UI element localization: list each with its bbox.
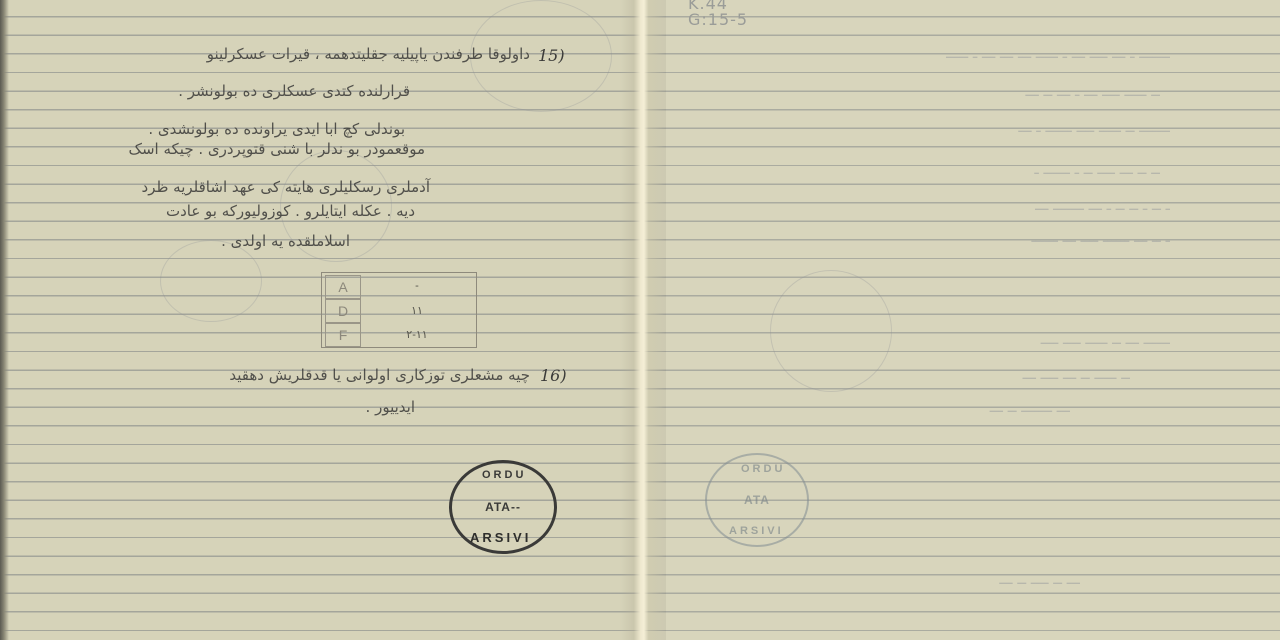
bleed-through-text: ــ ـــــ ــ ـــ ــــ ـــ <box>700 365 1130 383</box>
handwriting-line: بوندلی کچ ابا ایدی یراونده ده بولونشدی . <box>148 120 405 138</box>
archive-stamp: ORDU ATA-- ARSIVI <box>449 460 557 554</box>
left-page: 15) داولوقا طرفندن یاپیلیه جقلیتدهمه ، ق… <box>0 0 640 640</box>
ghost-stamp <box>160 240 262 322</box>
handwriting-line: ایدییور . <box>366 398 415 416</box>
box-label: F <box>325 323 361 347</box>
bleed-through-text: ـــــــ ـ ـــ ــــ ـــ ـ ـــــ ـــ ـــ ـ… <box>700 44 1170 62</box>
box-label: A <box>325 275 361 299</box>
handwriting-line: دیه . عکله ایتایلرو . کوزولیورکه بو عادت <box>166 202 415 220</box>
bleed-through-text: ــ ــ ـــ ــــ ــ ـ ــــــ ـ <box>720 160 1160 178</box>
stamp-center-text: ATA-- <box>485 500 521 514</box>
notebook-spread: 15) داولوقا طرفندن یاپیلیه جقلیتدهمه ، ق… <box>0 0 1280 640</box>
right-page: K.44 G:15-5 ـــــــ ـ ـــ ــــ ـــ ـ ـــ… <box>640 0 1280 640</box>
stamp-bottom-text: ARSIVI <box>729 525 784 537</box>
handwriting-line: چیه مشعلری توزکاری اولوانی یا قدقلریش ده… <box>229 366 530 384</box>
catalog-stamp-box: A - D ١١ F ١١-٢ <box>321 272 477 348</box>
bleed-through-text: ـــ ــ ــــ ــ ـــ <box>820 570 1080 588</box>
bleed-through-text: ـ ــ ـ ــ ــ ـ ـــ ـــــــ ـــ <box>710 196 1170 214</box>
handwriting-line: اسلاملقده یه اولدی . <box>221 232 350 250</box>
handwriting-line: آدملری رسکلیلری هایته کی عهد اشاقلریه ظر… <box>142 178 430 196</box>
ghost-stamp <box>770 270 892 392</box>
stamp-top-text: ORDU <box>741 463 785 475</box>
binding-gutter <box>620 0 666 640</box>
box-value: ١١-٢ <box>362 323 472 345</box>
box-value: - <box>362 275 472 297</box>
archive-stamp-faint: ORDU ATA ARSIVI <box>705 453 809 547</box>
bleed-through-text: ــ ـــــ ــــ ـــ ـ ـــ ــ ـــ <box>740 82 1160 100</box>
item-number-15: 15) <box>538 46 565 65</box>
reference-code: G:15-5 <box>688 10 748 29</box>
handwriting-line: موقعمودر بو ندلر با شنی قتوپردری . چیکه … <box>129 140 425 158</box>
handwriting-line: قرارلنده کتدی عسکلری ده بولونشر . <box>178 82 410 100</box>
bleed-through-text: ـ ــ ـــ ــــــ ــــ ـــ ــــــ <box>700 228 1170 246</box>
box-label: D <box>325 299 361 323</box>
box-value: ١١ <box>362 299 472 321</box>
stamp-center-text: ATA <box>744 493 770 507</box>
item-number-16: 16) <box>540 366 567 385</box>
bleed-through-text: ـــ ـــــــ ــ ـــ <box>740 398 1070 416</box>
handwriting-line: داولوقا طرفندن یاپیلیه جقلیتدهمه ، قیرات… <box>110 45 530 63</box>
stamp-top-text: ORDU <box>482 469 526 481</box>
bleed-through-text: ـــــــ ــ ـــــ ــــ ــــــ ـ ـــ <box>730 118 1170 136</box>
stamp-bottom-text: ARSIVI <box>470 530 531 545</box>
